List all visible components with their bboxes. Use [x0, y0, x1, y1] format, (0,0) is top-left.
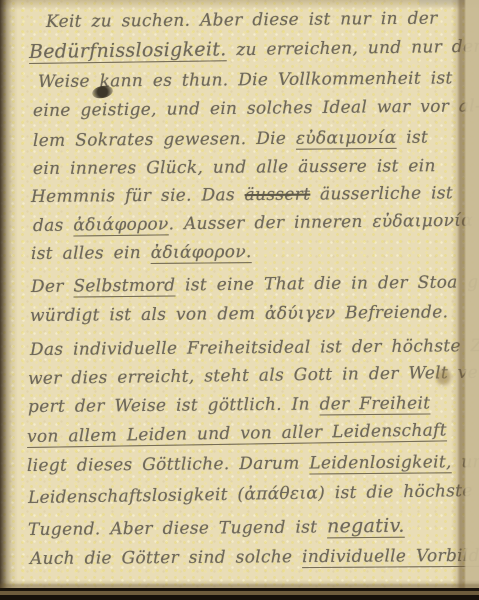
manuscript-line: Der Selbstmord ist eine That die in der … — [31, 272, 479, 297]
handwriting-segment: Bedürfnisslosigkeit. — [29, 38, 227, 63]
page-edge-left — [0, 0, 18, 600]
handwriting-greek-segment: ἀδιάφορον. — [151, 242, 252, 263]
handwriting-greek-segment: ἀδιάφορον — [73, 214, 169, 235]
margin-smudge — [436, 366, 451, 388]
manuscript-page: Keit zu suchen. Aber diese ist nur in de… — [0, 0, 479, 600]
handwriting-greek-segment: εὐδαιμονία — [296, 128, 397, 149]
page-edge-bottom — [0, 580, 479, 600]
handwriting-segment: Auch die Götter sind solche — [30, 547, 302, 569]
manuscript-line: Das individuelle Freiheitsideal ist der … — [30, 336, 479, 361]
handwriting-segment: Das individuelle Freiheitsideal ist der … — [30, 336, 479, 360]
manuscript-line: Leidenschaftslosigkeit (ἀπάθεια) ist die… — [28, 481, 473, 508]
page-edge-right — [451, 0, 479, 600]
handwriting-segment: zu erreichen, und nur der — [226, 37, 479, 61]
handwriting-segment: von allem Leiden und von aller Leidensch… — [27, 420, 447, 447]
handwriting-segment: wer dies erreicht, steht als Gott in der… — [28, 362, 479, 389]
manuscript-line: würdigt ist als von dem ἀδύιγεν Befreien… — [30, 302, 448, 326]
handwriting-segment: würdigt ist als von dem ἀδύιγεν Befreien… — [30, 302, 448, 326]
handwriting-segment: . Ausser der inneren εὐδαιμονία — [168, 211, 473, 235]
manuscript-line: Hemmnis für sie. Das äussert äusserliche… — [31, 183, 453, 207]
manuscript-line: ein inneres Glück, und alle äussere ist … — [33, 156, 436, 179]
handwriting-segment: liegt dieses Göttliche. Darum — [27, 454, 310, 476]
page-corner-top-right — [419, 0, 479, 8]
handwriting-segment: Leidenlosigkeit, — [309, 452, 451, 473]
handwriting-segment: Keit zu suchen. Aber diese ist nur in de… — [46, 9, 438, 32]
handwriting-segment: ist alles ein — [31, 243, 151, 264]
handwriting-segment: ein inneres Glück, und alle äussere ist … — [33, 156, 436, 179]
handwriting-segment: und — [452, 452, 479, 472]
handwriting-segment: der Freiheit — [319, 393, 430, 414]
handwriting-segment: individuelle Vorbilder — [302, 546, 479, 567]
manuscript-line: eine geistige, und ein solches Ideal war… — [33, 96, 479, 121]
manuscript-line: von allem Leiden und von aller Leidensch… — [27, 420, 447, 447]
handwriting-segment: äusserliche ist — [310, 183, 453, 204]
handwriting-segment: Hemmnis für sie. Das — [31, 185, 245, 207]
manuscript-line: Tugend. Aber diese Tugend ist negativ. — [28, 515, 405, 541]
handwriting-segment: ist eine That die in der Stoa ge- — [175, 272, 479, 295]
handwriting-segment: das — [33, 216, 74, 236]
handwriting-segment: Selbstmord — [73, 275, 175, 296]
manuscript-line: ist alles ein ἀδιάφορον. — [31, 242, 252, 264]
manuscript-line: Keit zu suchen. Aber diese ist nur in de… — [46, 9, 438, 33]
handwriting-segment: lem Sokrates gewesen. Die — [33, 129, 296, 151]
manuscript-line: wer dies erreicht, steht als Gott in der… — [28, 362, 479, 389]
handwriting-segment: ist — [396, 128, 428, 148]
manuscript-line: lem Sokrates gewesen. Die εὐδαιμονία ist — [33, 128, 428, 152]
handwriting-segment: Der — [31, 277, 74, 297]
handwriting-segment: pert der Weise ist göttlich. In — [28, 394, 320, 417]
handwriting-segment: negativ. — [327, 515, 405, 538]
manuscript-line: das ἀδιάφορον. Ausser der inneren εὐδαιμ… — [33, 211, 473, 237]
manuscript-line: Auch die Götter sind solche individuelle… — [30, 546, 479, 570]
manuscript-line: pert der Weise ist göttlich. In der Frei… — [28, 393, 430, 417]
handwriting-segment: Leidenschaftslosigkeit (ἀπάθεια) ist die… — [28, 481, 473, 508]
crossed-out-word: äussert — [245, 185, 311, 206]
manuscript-line: liegt dieses Göttliche. Darum Leidenlosi… — [27, 452, 479, 476]
manuscript-line: Bedürfnisslosigkeit. zu erreichen, und n… — [29, 35, 479, 64]
handwriting-segment: eine geistige, und ein solches Ideal war… — [33, 96, 479, 121]
handwriting-segment: Tugend. Aber diese Tugend ist — [28, 517, 327, 540]
